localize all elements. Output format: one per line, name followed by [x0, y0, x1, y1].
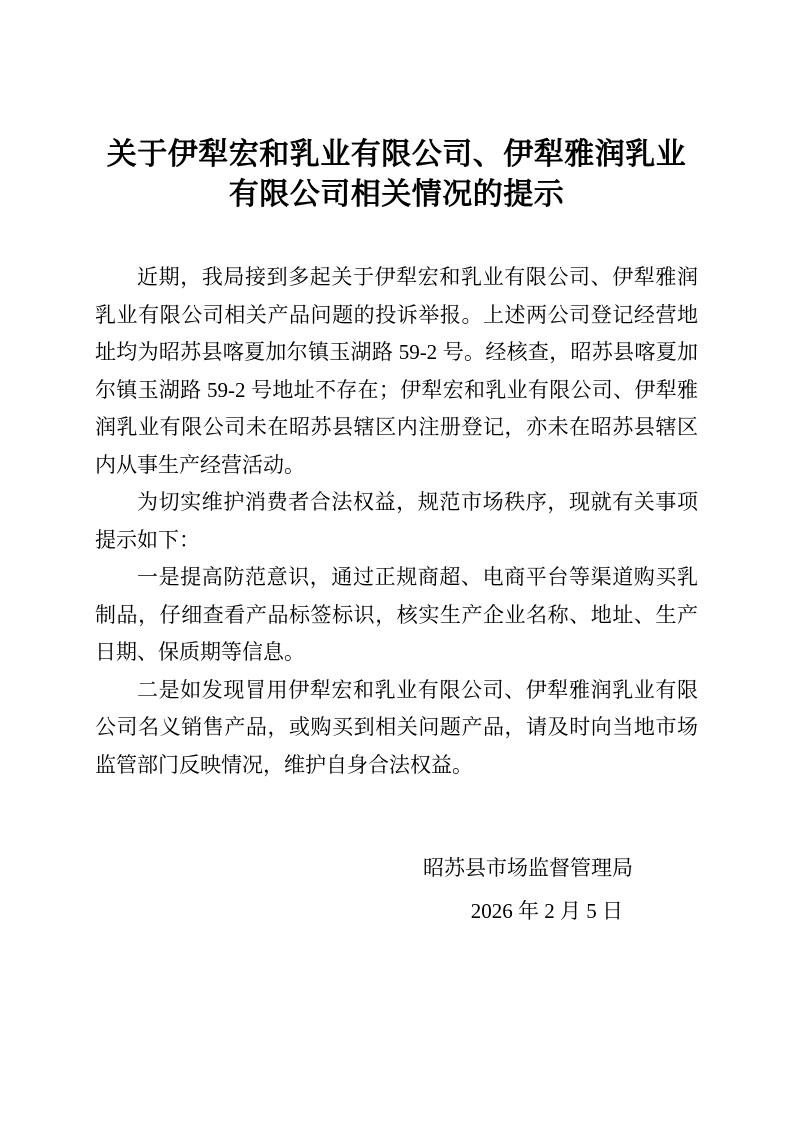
signature-date: 2026 年 2 月 5 日: [95, 890, 698, 933]
signature-org: 昭苏县市场监督管理局: [95, 847, 698, 890]
signature-block: 昭苏县市场监督管理局 2026 年 2 月 5 日: [95, 847, 698, 933]
document-body: 近期，我局接到多起关于伊犁宏和乳业有限公司、伊犁雅润乳业有限公司相关产品问题的投…: [95, 259, 698, 784]
title-line-1: 关于伊犁宏和乳业有限公司、伊犁雅润乳业: [95, 135, 698, 175]
paragraph-tip-2: 二是如发现冒用伊犁宏和乳业有限公司、伊犁雅润乳业有限公司名义销售产品，或购买到相…: [95, 672, 698, 785]
title-line-2: 有限公司相关情况的提示: [95, 175, 698, 215]
document-page: 关于伊犁宏和乳业有限公司、伊犁雅润乳业 有限公司相关情况的提示 近期，我局接到多…: [0, 0, 793, 1122]
paragraph-intro: 近期，我局接到多起关于伊犁宏和乳业有限公司、伊犁雅润乳业有限公司相关产品问题的投…: [95, 259, 698, 484]
paragraph-purpose: 为切实维护消费者合法权益，规范市场秩序，现就有关事项提示如下：: [95, 484, 698, 559]
document-content: 关于伊犁宏和乳业有限公司、伊犁雅润乳业 有限公司相关情况的提示 近期，我局接到多…: [0, 135, 793, 933]
document-title: 关于伊犁宏和乳业有限公司、伊犁雅润乳业 有限公司相关情况的提示: [95, 135, 698, 215]
paragraph-tip-1: 一是提高防范意识，通过正规商超、电商平台等渠道购买乳制品，仔细查看产品标签标识，…: [95, 559, 698, 672]
